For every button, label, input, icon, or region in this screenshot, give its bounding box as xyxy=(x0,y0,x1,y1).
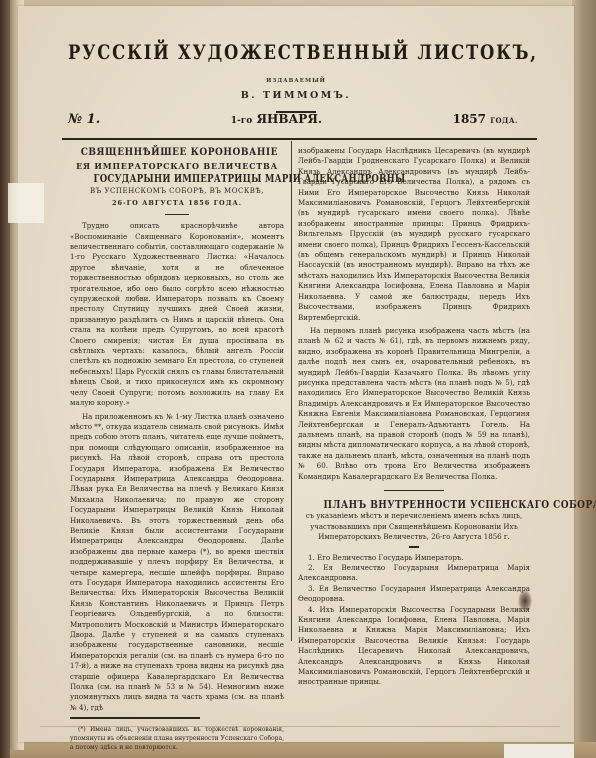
repair-tape xyxy=(8,183,44,223)
right-column: изображены Государь Наслѣдникъ Цесаревич… xyxy=(298,146,530,688)
issue-number: № 1. xyxy=(68,112,100,127)
section-rule xyxy=(384,490,444,491)
article-paragraph: На первомъ планѣ рисунка изображена част… xyxy=(298,326,530,482)
header-rule xyxy=(62,138,537,140)
publisher-label: ИЗДАВАЕМЫЙ xyxy=(18,78,574,84)
ink-stain xyxy=(518,590,532,612)
plan-title: ПЛАНЪ ВНУТРЕННОСТИ УСПЕНСКАГО СОБОРА, xyxy=(324,497,505,511)
plan-subtitle: съ указанiемъ мѣстъ и перечисленiемъ име… xyxy=(298,511,530,542)
article-heading-4: ВЪ УСПЕНСКОМЪ СОБОРѢ, ВЪ МОСКВѢ, xyxy=(70,186,284,197)
heading-rule xyxy=(165,214,189,215)
plan-rule xyxy=(409,546,419,547)
plan-list-item: 4. Ихъ Императорскiя Высочества Государы… xyxy=(298,605,530,688)
issue-line: № 1. 1-го ЯНВАРЯ. 1857 ГОДА. xyxy=(68,112,518,127)
left-column: СВЯЩЕННѢЙШЕЕ КОРОНОВАНIЕ ЕЯ ИМПЕРАТОРСКА… xyxy=(70,146,284,758)
plan-list-item: 1. Его Величество Государь Императоръ. xyxy=(298,553,530,563)
publisher-name: В. ТИММОМЪ. xyxy=(18,90,574,101)
issue-year: 1857 ГОДА. xyxy=(453,112,518,126)
bottom-corner-paper xyxy=(504,744,574,758)
issue-date: 1-го ЯНВАРЯ. xyxy=(231,112,322,126)
issue-day: 1-го xyxy=(231,116,253,126)
article-paragraph: Трудно описать краснорѣчивѣе автора «Вос… xyxy=(70,221,284,408)
article-heading-3: ГОСУДАРЫНИ ИМПЕРАТРИЦЫ МАРIИ АЛЕКСАНДРОВ… xyxy=(94,172,261,186)
article-heading-2: ЕЯ ИМПЕРАТОРСКАГО ВЕЛИЧЕСТВА xyxy=(70,160,284,172)
plan-list-item: 2. Ея Величество Государыня Императрица … xyxy=(298,563,530,584)
article-paragraph: изображены Государь Наслѣдникъ Цесаревич… xyxy=(298,146,530,323)
footnote: (*) Имена лицъ, участвовавшихъ въ торжес… xyxy=(70,725,284,752)
article-heading-1: СВЯЩЕННѢЙШЕЕ КОРОНОВАНIЕ xyxy=(81,146,274,160)
year-number: 1857 xyxy=(453,112,486,126)
issue-month: ЯНВАРЯ. xyxy=(256,112,322,126)
column-divider xyxy=(291,141,292,641)
year-suffix: ГОДА. xyxy=(490,116,518,125)
plan-list-item: 3. Ея Величество Государыня Императрица … xyxy=(298,584,530,605)
publication-title: РУССКIЙ ХУДОЖЕСТВЕННЫЙ ЛИСТОКЪ, xyxy=(68,40,524,64)
paper-crease xyxy=(40,726,560,727)
right-board-edge xyxy=(572,0,596,758)
article-heading-date: 26-ГО АВГУСТА 1856 ГОДА. xyxy=(70,197,284,209)
article-paragraph: На приложенномъ къ № 1-му Листка планѣ о… xyxy=(70,412,284,714)
footnote-rule xyxy=(70,717,200,719)
masthead: РУССКIЙ ХУДОЖЕСТВЕННЫЙ ЛИСТОКЪ, ИЗДАВАЕМ… xyxy=(18,40,574,113)
